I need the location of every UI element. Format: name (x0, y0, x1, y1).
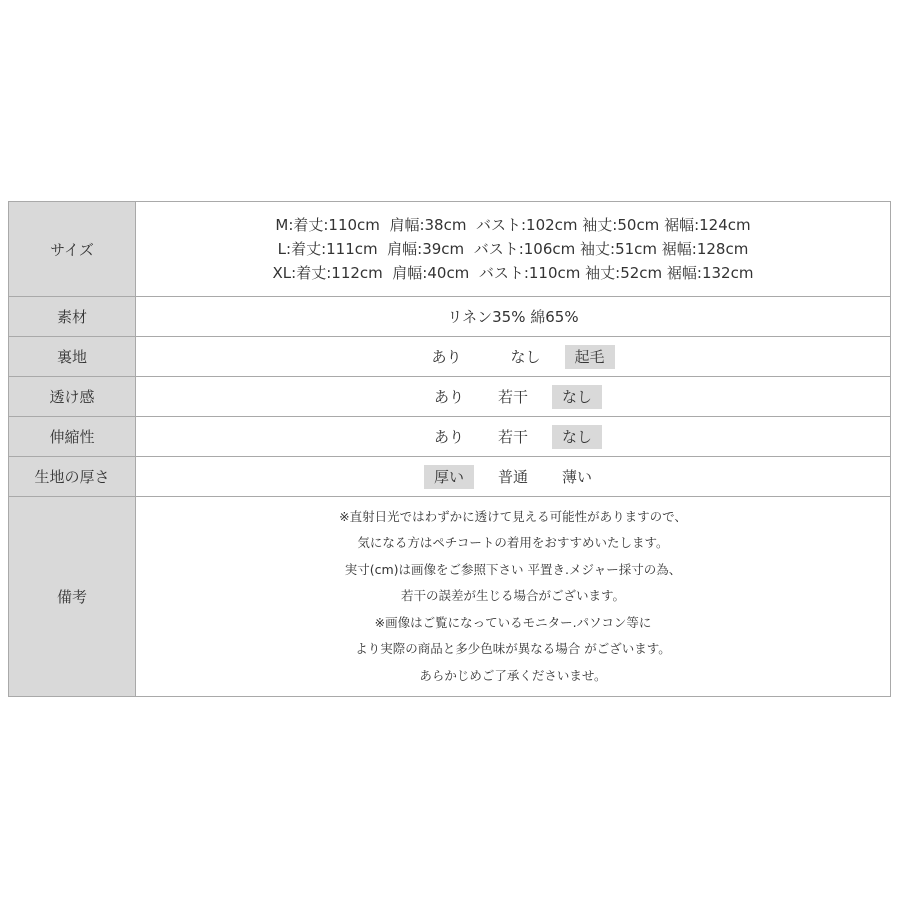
stretch-label: 伸縮性 (9, 417, 136, 457)
notes-label: 備考 (9, 497, 136, 697)
note-line: 気になる方はペチコートの着用をおすすめいたします。 (136, 530, 890, 557)
size-line-m: M:着丈:110cm 肩幅:38cm バスト:102cm 袖丈:50cm 裾幅:… (136, 213, 890, 237)
note-line: あらかじめご了承くださいませ。 (136, 663, 890, 690)
lining-row: 裏地 あり なし 起毛 (9, 337, 891, 377)
size-row: サイズ M:着丈:110cm 肩幅:38cm バスト:102cm 袖丈:50cm… (9, 202, 891, 297)
lining-option-yes: あり (421, 345, 471, 369)
size-line-xl: XL:着丈:112cm 肩幅:40cm バスト:110cm 袖丈:52cm 裾幅… (136, 261, 890, 285)
thickness-row: 生地の厚さ 厚い 普通 薄い (9, 457, 891, 497)
sheerness-label: 透け感 (9, 377, 136, 417)
sheerness-option-no-selected: なし (552, 385, 602, 409)
note-line: より実際の商品と多少色味が異なる場合 がございます。 (136, 636, 890, 663)
stretch-row: 伸縮性 あり 若干 なし (9, 417, 891, 457)
sheerness-option-yes: あり (424, 385, 474, 409)
stretch-options: あり 若干 なし (136, 417, 891, 457)
thickness-label: 生地の厚さ (9, 457, 136, 497)
stretch-option-no-selected: なし (552, 425, 602, 449)
material-row: 素材 リネン35% 綿65% (9, 297, 891, 337)
thickness-option-normal: 普通 (488, 465, 538, 489)
stretch-option-yes: あり (424, 425, 474, 449)
product-spec-table: サイズ M:着丈:110cm 肩幅:38cm バスト:102cm 袖丈:50cm… (8, 201, 891, 697)
thickness-options: 厚い 普通 薄い (136, 457, 891, 497)
size-values: M:着丈:110cm 肩幅:38cm バスト:102cm 袖丈:50cm 裾幅:… (136, 202, 891, 297)
lining-label: 裏地 (9, 337, 136, 377)
notes-row: 備考 ※直射日光ではわずかに透けて見える可能性がありますので、 気になる方はペチ… (9, 497, 891, 697)
thickness-option-thick-selected: 厚い (424, 465, 474, 489)
size-label: サイズ (9, 202, 136, 297)
lining-option-brushed-selected: 起毛 (565, 345, 615, 369)
note-line: ※直射日光ではわずかに透けて見える可能性がありますので、 (136, 504, 890, 531)
note-line: ※画像はご覧になっているモニター.パソコン等に (136, 610, 890, 637)
sheerness-row: 透け感 あり 若干 なし (9, 377, 891, 417)
notes-content: ※直射日光ではわずかに透けて見える可能性がありますので、 気になる方はペチコート… (136, 497, 891, 697)
lining-option-no: なし (500, 345, 550, 369)
note-line: 若干の誤差が生じる場合がございます。 (136, 583, 890, 610)
material-label: 素材 (9, 297, 136, 337)
stretch-option-slight: 若干 (488, 425, 538, 449)
material-value: リネン35% 綿65% (136, 297, 891, 337)
sheerness-option-slight: 若干 (488, 385, 538, 409)
thickness-option-thin: 薄い (552, 465, 602, 489)
note-line: 実寸(cm)は画像をご参照下さい 平置き.メジャー採寸の為、 (136, 557, 890, 584)
sheerness-options: あり 若干 なし (136, 377, 891, 417)
size-line-l: L:着丈:111cm 肩幅:39cm バスト:106cm 袖丈:51cm 裾幅:… (136, 237, 890, 261)
lining-options: あり なし 起毛 (136, 337, 891, 377)
